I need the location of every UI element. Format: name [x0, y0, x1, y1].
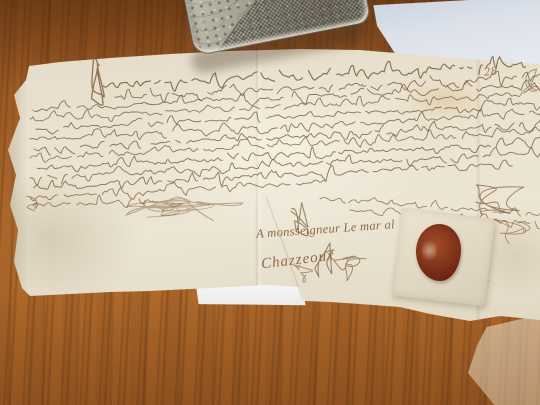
docket-number: 28	[483, 63, 498, 79]
wax-seal	[416, 224, 461, 281]
photo-scene: 28 A monsseigneur Le mar al Chazzeoux	[0, 0, 540, 405]
wax-seal-highlight	[422, 239, 437, 262]
